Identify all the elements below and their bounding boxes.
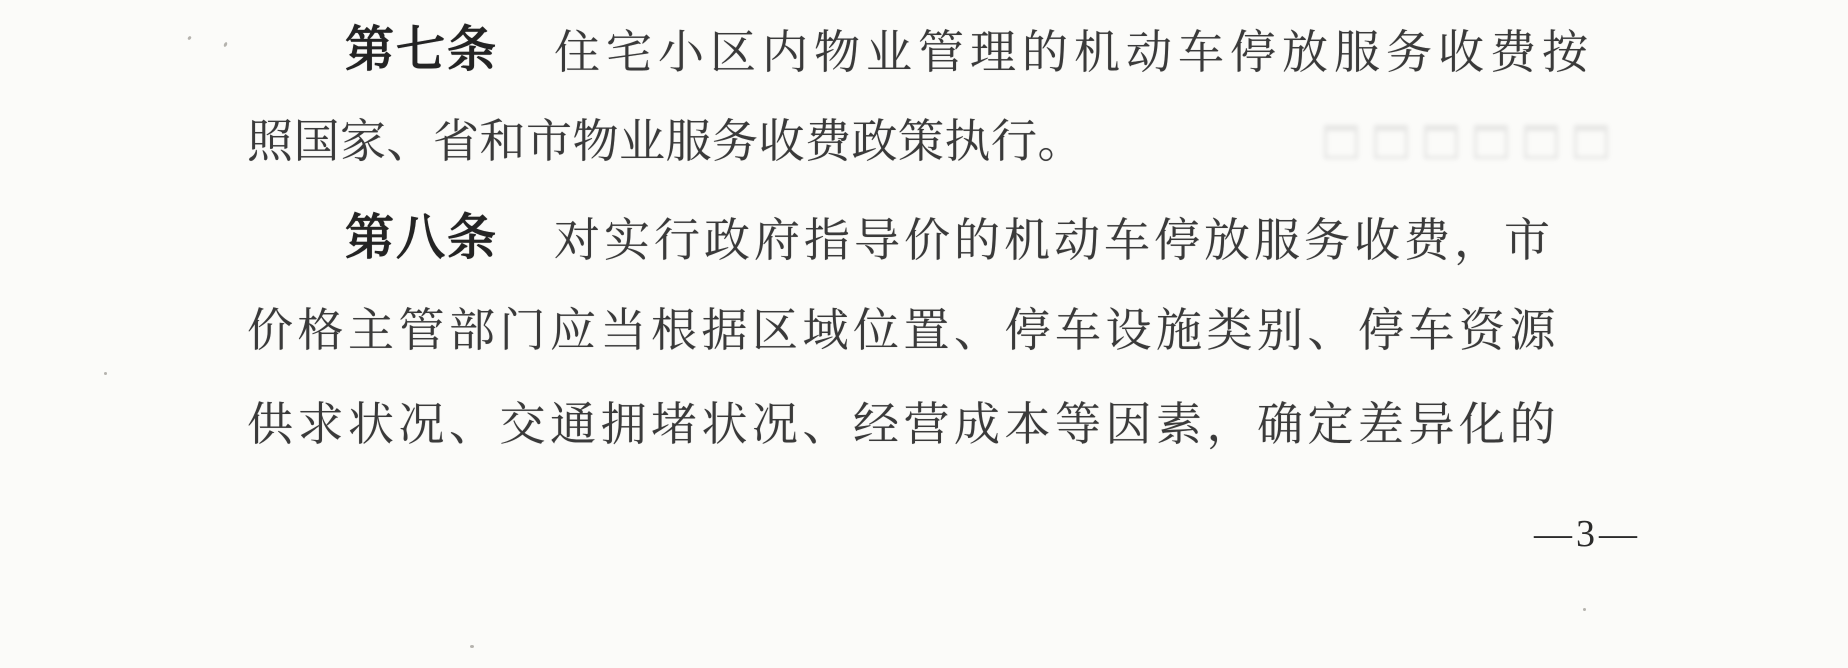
scan-speckle bbox=[223, 42, 228, 48]
scanned-document-page: 第七条住宅小区内物业管理的机动车停放服务收费按 照国家、省和市物业服务收费政策执… bbox=[0, 0, 1848, 668]
bleed-through-mark bbox=[1424, 125, 1458, 159]
line-1-text: 住宅小区内物业管理的机动车停放服务收费按 bbox=[554, 27, 1594, 80]
bleed-through-artifact bbox=[1308, 120, 1608, 164]
paragraph-line-5: 供求状况、交通拥堵状况、经营成本等因素，确定差异化的 bbox=[247, 399, 1560, 452]
line-3-text: 对实行政府指导价的机动车停放服务收费，市 bbox=[554, 215, 1554, 268]
article-7-number-label: 第七条 bbox=[345, 22, 498, 78]
scan-speckle bbox=[1583, 608, 1586, 611]
paragraph-line-4: 价格主管部门应当根据区域位置、停车设施类别、停车资源 bbox=[247, 305, 1560, 358]
scan-speckle bbox=[187, 36, 192, 41]
bleed-through-mark bbox=[1324, 125, 1358, 159]
bleed-through-mark bbox=[1374, 125, 1408, 159]
paragraph-line-2: 照国家、省和市物业服务收费政策执行。 bbox=[247, 116, 1084, 169]
line-5-text: 供求状况、交通拥堵状况、经营成本等因素，确定差异化的 bbox=[247, 399, 1560, 452]
bleed-through-mark bbox=[1524, 125, 1558, 159]
bleed-through-mark bbox=[1574, 125, 1608, 159]
scan-speckle bbox=[104, 372, 107, 375]
line-4-text: 价格主管部门应当根据区域位置、停车设施类别、停车资源 bbox=[247, 305, 1560, 358]
scan-speckle bbox=[470, 645, 474, 648]
bleed-through-mark bbox=[1474, 125, 1508, 159]
paragraph-line-3: 第八条对实行政府指导价的机动车停放服务收费，市 bbox=[345, 212, 1554, 268]
paragraph-line-1: 第七条住宅小区内物业管理的机动车停放服务收费按 bbox=[345, 24, 1594, 80]
article-8-number-label: 第八条 bbox=[345, 210, 498, 266]
line-2-text: 照国家、省和市物业服务收费政策执行。 bbox=[247, 116, 1084, 169]
page-number: —3— bbox=[1534, 512, 1641, 556]
